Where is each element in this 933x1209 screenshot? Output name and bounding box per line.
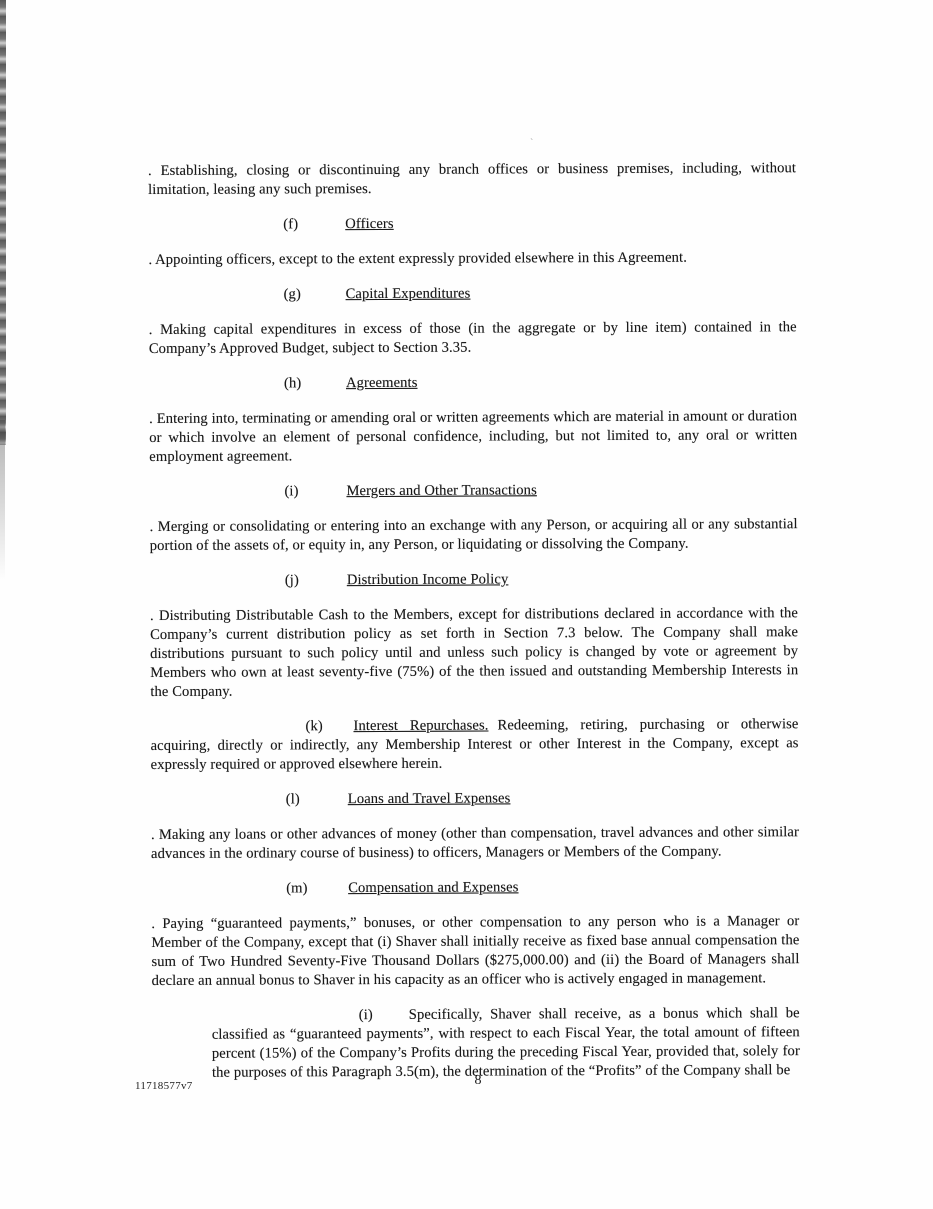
sub-paragraph-marker: (i) [359,1006,409,1025]
body-paragraph-loans: . Making any loans or other advances of … [151,823,799,864]
section-title: Distribution Income Policy [347,571,509,588]
section-letter: (k) [305,717,353,736]
section-heading-m-compensation-expenses: (m)Compensation and Expenses [151,877,799,899]
section-heading-g-capital-expenditures: (g)Capital Expenditures [149,283,797,305]
section-letter: (f) [283,215,345,234]
section-title: Capital Expenditures [346,286,471,303]
section-letter: (m) [286,879,348,898]
section-heading-i-mergers: (i)Mergers and Other Transactions [149,480,797,502]
body-paragraph-branch-offices: . Establishing, closing or discontinuing… [148,159,796,200]
body-paragraph-mergers: . Merging or consolidating or entering i… [150,515,798,556]
section-title-inline: Interest Repurchases. [353,718,488,735]
scanner-edge-artifact [0,0,6,445]
body-paragraph-distributions: . Distributing Distributable Cash to the… [150,604,798,702]
section-letter: (i) [284,482,346,501]
section-heading-l-loans-travel-expenses: (l)Loans and Travel Expenses [151,788,799,810]
section-letter: (l) [286,790,348,809]
scan-speck: ` [530,138,533,149]
section-title: Mergers and Other Transactions [346,482,536,499]
section-title: Compensation and Expenses [348,879,518,896]
body-paragraph-compensation: . Paying “guaranteed payments,” bonuses,… [151,912,799,991]
section-title: Agreements [346,375,418,391]
scanner-edge-artifact-fade [0,420,5,580]
body-paragraph-agreements: . Entering into, terminating or amending… [149,407,797,467]
section-title: Officers [345,216,393,232]
section-letter: (g) [284,285,346,304]
section-heading-j-distribution-income-policy: (j)Distribution Income Policy [150,569,798,591]
document-page: ` . Establishing, closing or discontinui… [0,0,933,1209]
body-paragraph-k-interest-repurchases: (k)Interest Repurchases.Redeeming, retir… [150,715,798,775]
sub-paragraph-text: Specifically, Shaver shall receive, as a… [212,1005,800,1081]
section-heading-h-agreements: (h)Agreements [149,372,797,394]
body-paragraph-appointing-officers: . Appointing officers, except to the ext… [148,248,796,270]
section-heading-f-officers: (f)Officers [148,213,796,235]
document-body: . Establishing, closing or discontinuing… [148,159,800,1083]
section-title: Loans and Travel Expenses [348,790,511,807]
section-letter: (h) [284,374,346,393]
section-letter: (j) [285,571,347,590]
sub-paragraph-i-bonus: (i)Specifically, Shaver shall receive, a… [212,1004,800,1083]
footer-page-number: 8 [0,1073,933,1089]
body-paragraph-capital-expenditures: . Making capital expenditures in excess … [149,318,797,359]
